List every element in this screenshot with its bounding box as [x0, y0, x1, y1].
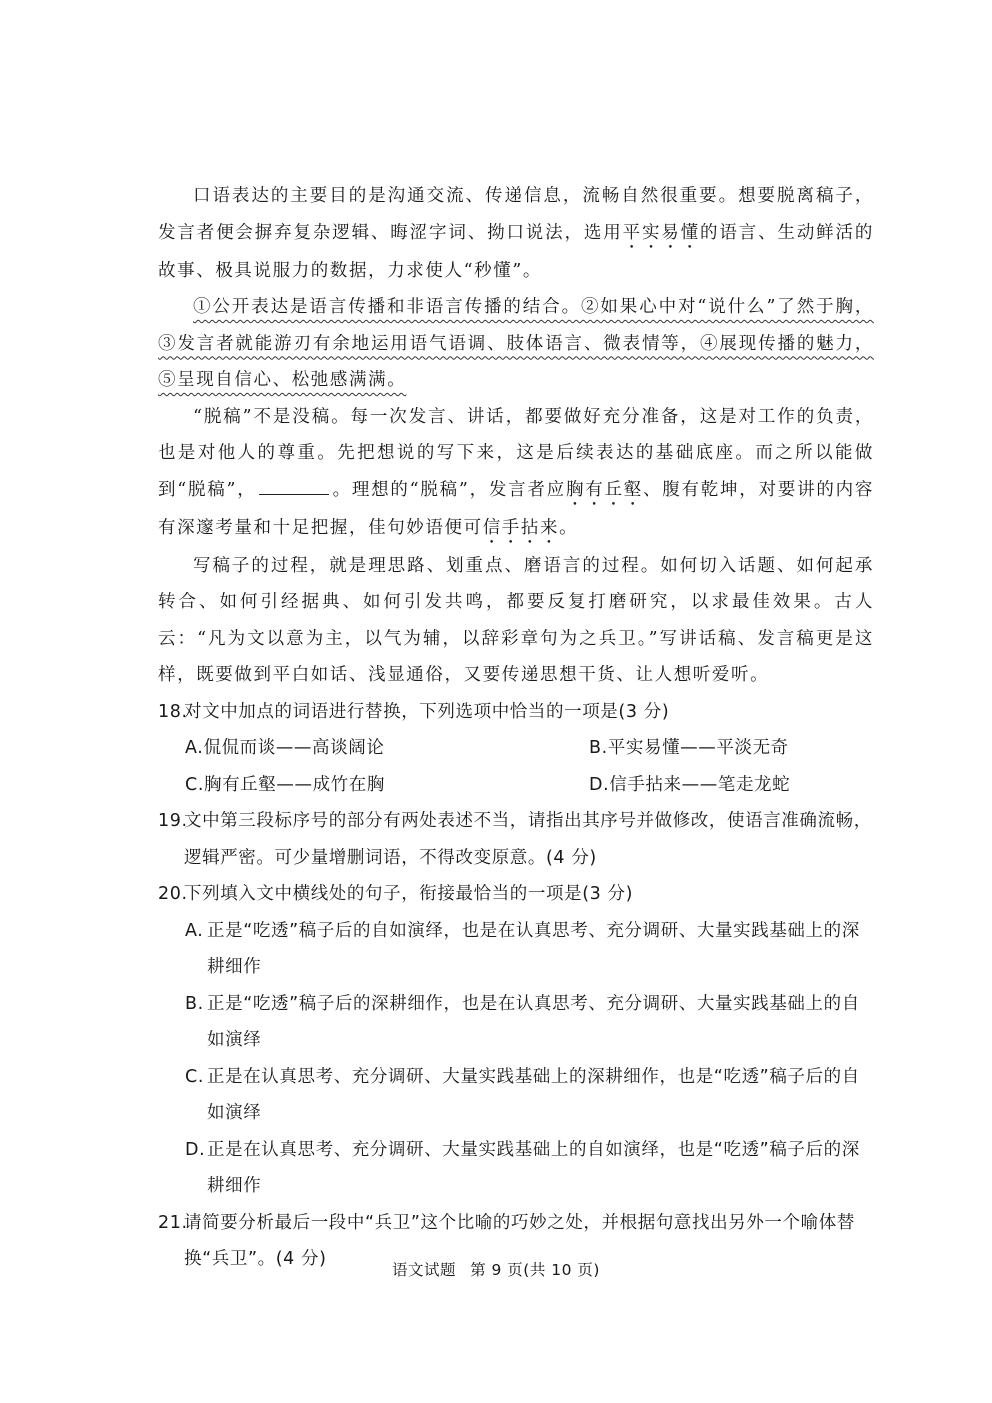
option-text: 平实易懂——平淡无奇	[608, 738, 789, 758]
option-letter: B.	[589, 738, 608, 758]
question-18-stem: 18.对文中加点的词语进行替换，下列选项中恰当的一项是(3 分)	[158, 694, 874, 731]
emphasized-word-xiongyou-qiuhe: 胸有丘壑	[566, 480, 643, 500]
option-text: 胸有丘壑——成竹在胸	[204, 775, 385, 795]
question-number: 19.	[158, 803, 184, 840]
exam-page: 口语表达的主要目的是沟通交流、传递信息，流畅自然很重要。想要脱离稿子，发言者便会…	[158, 178, 874, 1278]
option-text: 侃侃而谈——高谈阔论	[203, 738, 384, 758]
footer-page-number: 第 9 页(共 10 页)	[470, 1261, 600, 1279]
question-18-options: A.侃侃而谈——高谈阔论 B.平实易懂——平淡无奇 C.胸有丘壑——成竹在胸 D…	[158, 730, 874, 803]
option-letter: A.	[185, 738, 203, 758]
question-20: 20.下列填入文中横线处的句子，衔接最恰当的一项是(3 分) A.正是“吃透”稿…	[158, 876, 874, 1205]
option-text: 正是在认真思考、充分调研、大量实践基础上的自如演绎，也是“吃透”稿子后的深耕细作	[207, 1140, 860, 1197]
question-number: 21.	[158, 1205, 184, 1242]
passage-paragraph-1: 口语表达的主要目的是沟通交流、传递信息，流畅自然很重要。想要脱离稿子，发言者便会…	[158, 178, 874, 289]
paragraph-text: 。理想的“脱稿”，发言者应	[332, 480, 565, 500]
question-19: 19.文中第三段标序号的部分有两处表述不当，请指出其序号并做修改，使语言准确流畅…	[158, 803, 874, 876]
option-d[interactable]: D.信手拈来——笔走龙蛇	[589, 767, 889, 804]
option-letter: A.	[185, 913, 207, 950]
question-number: 18.	[158, 694, 184, 731]
emphasized-word-pingshi-yidong: 平实易懂	[623, 223, 700, 243]
question-text: 下列填入文中横线处的句子，衔接最恰当的一项是(3 分)	[184, 884, 633, 904]
wavy-underlined-text: ①公开表达是语言传播和非语言传播的结合。②如果心中对“说什么”了然于胸，③发言者…	[158, 297, 874, 390]
passage-paragraph-3: “脱稿”不是没稿。每一次发言、讲话，都要做好充分准备，这是对工作的负责，也是对他…	[158, 399, 874, 548]
option-letter: C.	[185, 1059, 207, 1096]
option-letter: D.	[185, 1132, 207, 1169]
option-b[interactable]: B.正是“吃透”稿子后的深耕细作，也是在认真思考、充分调研、大量实践基础上的自如…	[158, 986, 874, 1059]
question-18: 18.对文中加点的词语进行替换，下列选项中恰当的一项是(3 分) A.侃侃而谈—…	[158, 694, 874, 804]
emphasized-word-xinshou-nianlai: 信手拈来	[483, 518, 559, 538]
question-20-stem: 20.下列填入文中横线处的句子，衔接最恰当的一项是(3 分)	[158, 876, 874, 913]
question-text: 对文中加点的词语进行替换，下列选项中恰当的一项是(3 分)	[184, 702, 669, 722]
option-c[interactable]: C.正是在认真思考、充分调研、大量实践基础上的深耕细作，也是“吃透”稿子后的自如…	[158, 1059, 874, 1132]
paragraph-text: 。	[559, 518, 578, 538]
option-d[interactable]: D.正是在认真思考、充分调研、大量实践基础上的自如演绎，也是“吃透”稿子后的深耕…	[158, 1132, 874, 1205]
option-b[interactable]: B.平实易懂——平淡无奇	[589, 730, 889, 767]
option-letter: B.	[185, 986, 207, 1023]
passage-paragraph-4: 写稿子的过程，就是理思路、划重点、磨语言的过程。如何切入话题、如何起承转合、如何…	[158, 548, 874, 694]
passage-paragraph-2-numbered: ①公开表达是语言传播和非语言传播的结合。②如果心中对“说什么”了然于胸，③发言者…	[158, 289, 874, 399]
page-footer: 语文试题第 9 页(共 10 页)	[0, 1258, 992, 1280]
option-text: 正是在认真思考、充分调研、大量实践基础上的深耕细作，也是“吃透”稿子后的自如演绎	[207, 1067, 860, 1124]
option-a[interactable]: A.正是“吃透”稿子后的自如演绎，也是在认真思考、充分调研、大量实践基础上的深耕…	[158, 913, 874, 986]
option-text: 信手拈来——笔走龙蛇	[609, 775, 790, 795]
option-text: 正是“吃透”稿子后的自如演绎，也是在认真思考、充分调研、大量实践基础上的深耕细作	[207, 921, 860, 978]
option-c[interactable]: C.胸有丘壑——成竹在胸	[185, 767, 589, 804]
option-a[interactable]: A.侃侃而谈——高谈阔论	[185, 730, 589, 767]
question-text: 文中第三段标序号的部分有两处表述不当，请指出其序号并做修改，使语言准确流畅，逻辑…	[184, 811, 872, 868]
footer-subject: 语文试题	[392, 1261, 456, 1279]
fill-in-blank-line[interactable]	[259, 474, 329, 495]
question-number: 20.	[158, 876, 184, 913]
option-letter: C.	[185, 775, 204, 795]
option-letter: D.	[589, 775, 609, 795]
option-text: 正是“吃透”稿子后的深耕细作，也是在认真思考、充分调研、大量实践基础上的自如演绎	[207, 994, 860, 1051]
